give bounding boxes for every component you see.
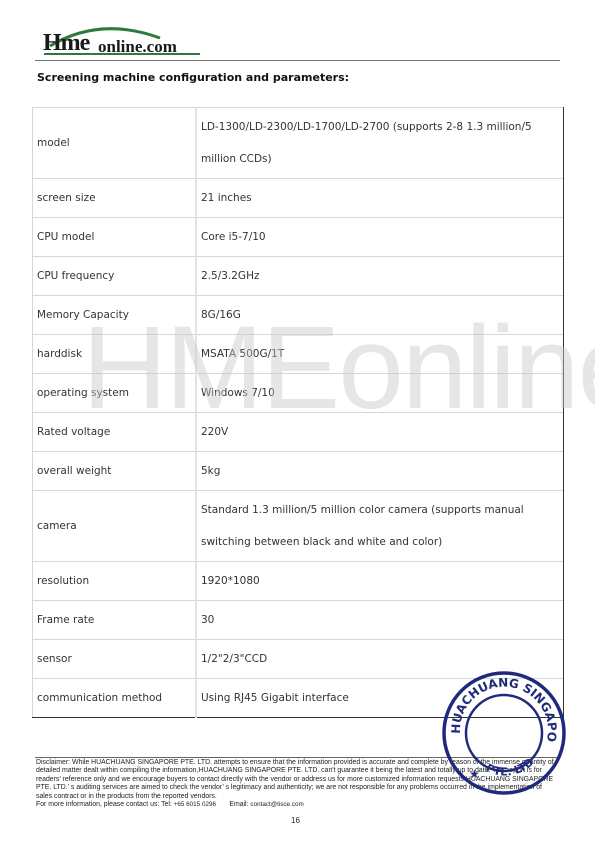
table-row: operating systemWindows 7/10 <box>33 374 564 413</box>
spec-value: Core i5-7/10 <box>196 218 564 257</box>
spec-value: 2.5/3.2GHz <box>196 257 564 296</box>
spec-value: 1920*1080 <box>196 562 564 601</box>
company-seal-icon: HUACHUANG SINGAPORE PTE. LTD. ★ <box>439 668 569 798</box>
table-row: modelLD-1300/LD-2300/LD-1700/LD-2700 (su… <box>33 108 564 179</box>
table-row: screen size21 inches <box>33 179 564 218</box>
spec-label: resolution <box>33 562 197 601</box>
spec-value: 21 inches <box>196 179 564 218</box>
logo: Hme online.com <box>40 24 210 58</box>
svg-text:★: ★ <box>469 767 480 781</box>
spec-label: operating system <box>33 374 197 413</box>
spec-label: Memory Capacity <box>33 296 197 335</box>
contact-prefix: For more information, please contact us:… <box>36 801 174 808</box>
spec-value: Windows 7/10 <box>196 374 564 413</box>
logo-underline <box>44 53 200 55</box>
table-row: cameraStandard 1.3 million/5 million col… <box>33 491 564 562</box>
spec-value: Standard 1.3 million/5 million color cam… <box>196 491 564 562</box>
table-row: harddiskMSATA 500G/1T <box>33 335 564 374</box>
table-row: resolution1920*1080 <box>33 562 564 601</box>
spec-label: Frame rate <box>33 601 197 640</box>
spec-label: camera <box>33 491 197 562</box>
table-row: overall weight5kg <box>33 452 564 491</box>
spec-label: CPU frequency <box>33 257 197 296</box>
table-row: Rated voltage220V <box>33 413 564 452</box>
spec-label: sensor <box>33 640 197 679</box>
section-title: Screening machine configuration and para… <box>37 71 349 84</box>
spec-label: overall weight <box>33 452 197 491</box>
contact-tel: +65 6015 0296 <box>174 801 216 808</box>
table-row: Memory Capacity8G/16G <box>33 296 564 335</box>
spec-value: 220V <box>196 413 564 452</box>
contact-line: For more information, please contact us:… <box>36 801 556 809</box>
spec-value: 30 <box>196 601 564 640</box>
spec-value: MSATA 500G/1T <box>196 335 564 374</box>
spec-label: Rated voltage <box>33 413 197 452</box>
spec-label: CPU model <box>33 218 197 257</box>
table-row: CPU modelCore i5-7/10 <box>33 218 564 257</box>
spec-label: model <box>33 108 197 179</box>
email-label: Email: <box>229 801 250 808</box>
spec-label: communication method <box>33 679 197 718</box>
spec-table: modelLD-1300/LD-2300/LD-1700/LD-2700 (su… <box>32 107 564 718</box>
table-row: CPU frequency2.5/3.2GHz <box>33 257 564 296</box>
spec-value: 5kg <box>196 452 564 491</box>
spec-label: harddisk <box>33 335 197 374</box>
table-row: Frame rate30 <box>33 601 564 640</box>
spec-value: 8G/16G <box>196 296 564 335</box>
page-number: 16 <box>291 816 300 825</box>
header-divider <box>35 60 560 61</box>
spec-value: LD-1300/LD-2300/LD-1700/LD-2700 (support… <box>196 108 564 179</box>
spec-label: screen size <box>33 179 197 218</box>
contact-email[interactable]: contact@tisce.com <box>250 801 303 808</box>
